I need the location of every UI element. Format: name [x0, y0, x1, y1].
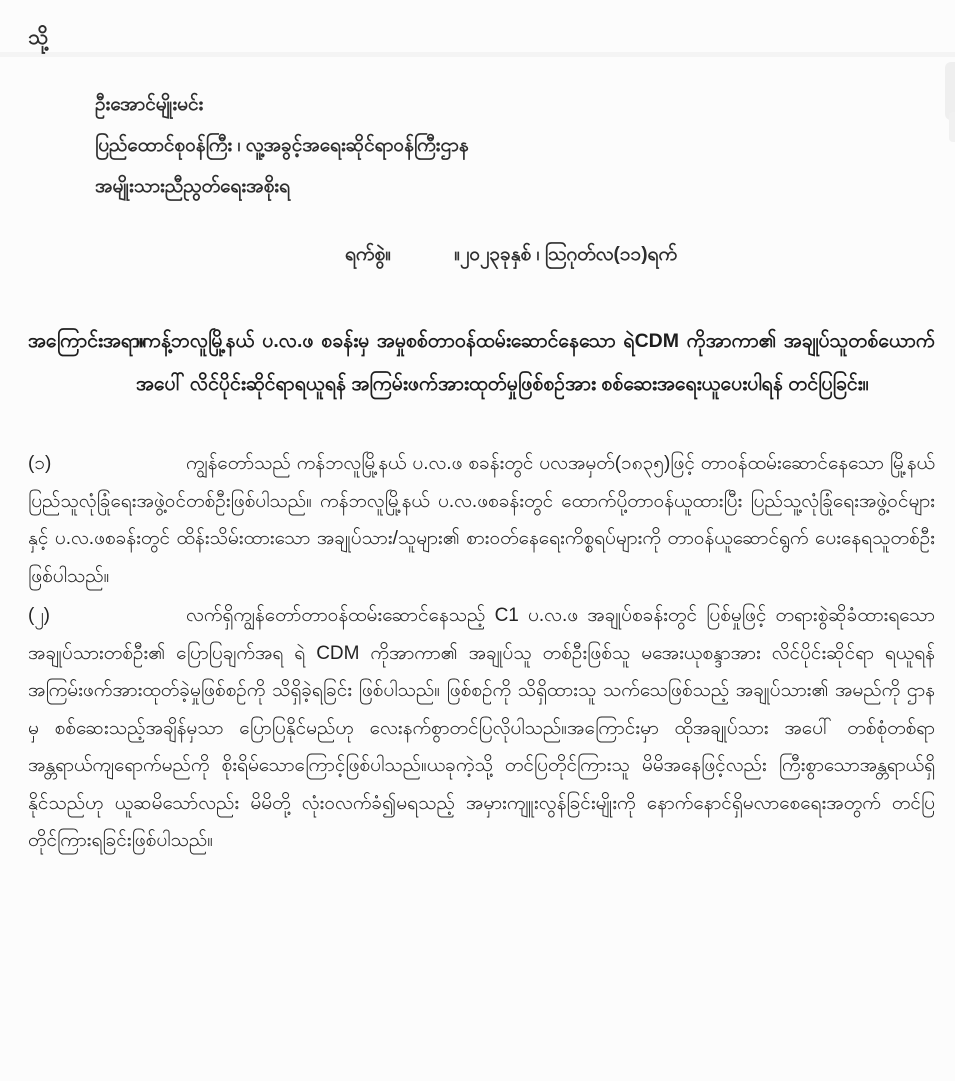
recipient-organization: အမျိုးသားညီညွတ်ရေးအစိုးရ — [95, 166, 469, 207]
scan-band-artifact — [0, 52, 955, 57]
subject-block: အကြောင်းအရာ။ ။ကန့်ဘလူမြို့နယ် ပ.လ.ဖ စခန်… — [28, 320, 935, 406]
date-row: ရက်စွဲ။ ။၂၀၂၃ခုနှစ် ၊ သြဂုတ်လ(၁၁)ရက် — [345, 242, 677, 270]
paragraph-1-text: ကျွန်တော်သည် ကန်ဘလူမြို့နယ် ပ.လ.ဖ စခန်းတ… — [28, 445, 935, 595]
paragraph-2: (၂) လက်ရှိကျွန်တော်တာဝန်ထမ်းဆောင်နေသည့် … — [28, 597, 935, 860]
letter-body: (၁) ကျွန်တော်သည် ကန်ဘလူမြို့နယ် ပ.လ.ဖ စခ… — [28, 445, 935, 862]
scanned-letter-page: သို့ ဦးအောင်မျိုးမင်း ပြည်ထောင်စုဝန်ကြီး… — [0, 0, 955, 1081]
scan-edge-artifact-small — [949, 112, 955, 142]
subject-label: အကြောင်းအရာ။ — [28, 320, 132, 363]
paragraph-1: (၁) ကျွန်တော်သည် ကန်ဘလူမြို့နယ် ပ.လ.ဖ စခ… — [28, 445, 935, 595]
date-value: ။၂၀၂၃ခုနှစ် ၊ သြဂုတ်လ(၁၁)ရက် — [454, 242, 677, 270]
paragraph-1-number: (၁) — [28, 445, 51, 483]
paragraph-2-text: လက်ရှိကျွန်တော်တာဝန်ထမ်းဆောင်နေသည့် C1 ပ… — [28, 597, 935, 860]
paragraph-2-number: (၂) — [28, 597, 50, 635]
recipient-title: ပြည်ထောင်စုဝန်ကြီး ၊ လူ့အခွင့်အရေးဆိုင်ရ… — [95, 125, 469, 166]
date-label: ရက်စွဲ။ — [345, 242, 391, 270]
recipient-name: ဦးအောင်မျိုးမင်း — [95, 84, 469, 125]
recipient-block: ဦးအောင်မျိုးမင်း ပြည်ထောင်စုဝန်ကြီး ၊ လူ… — [95, 84, 469, 207]
salutation: သို့ — [28, 24, 48, 55]
subject-text: ။ကန့်ဘလူမြို့နယ် ပ.လ.ဖ စခန်းမှ အမှုစစ်တာ… — [136, 320, 935, 406]
